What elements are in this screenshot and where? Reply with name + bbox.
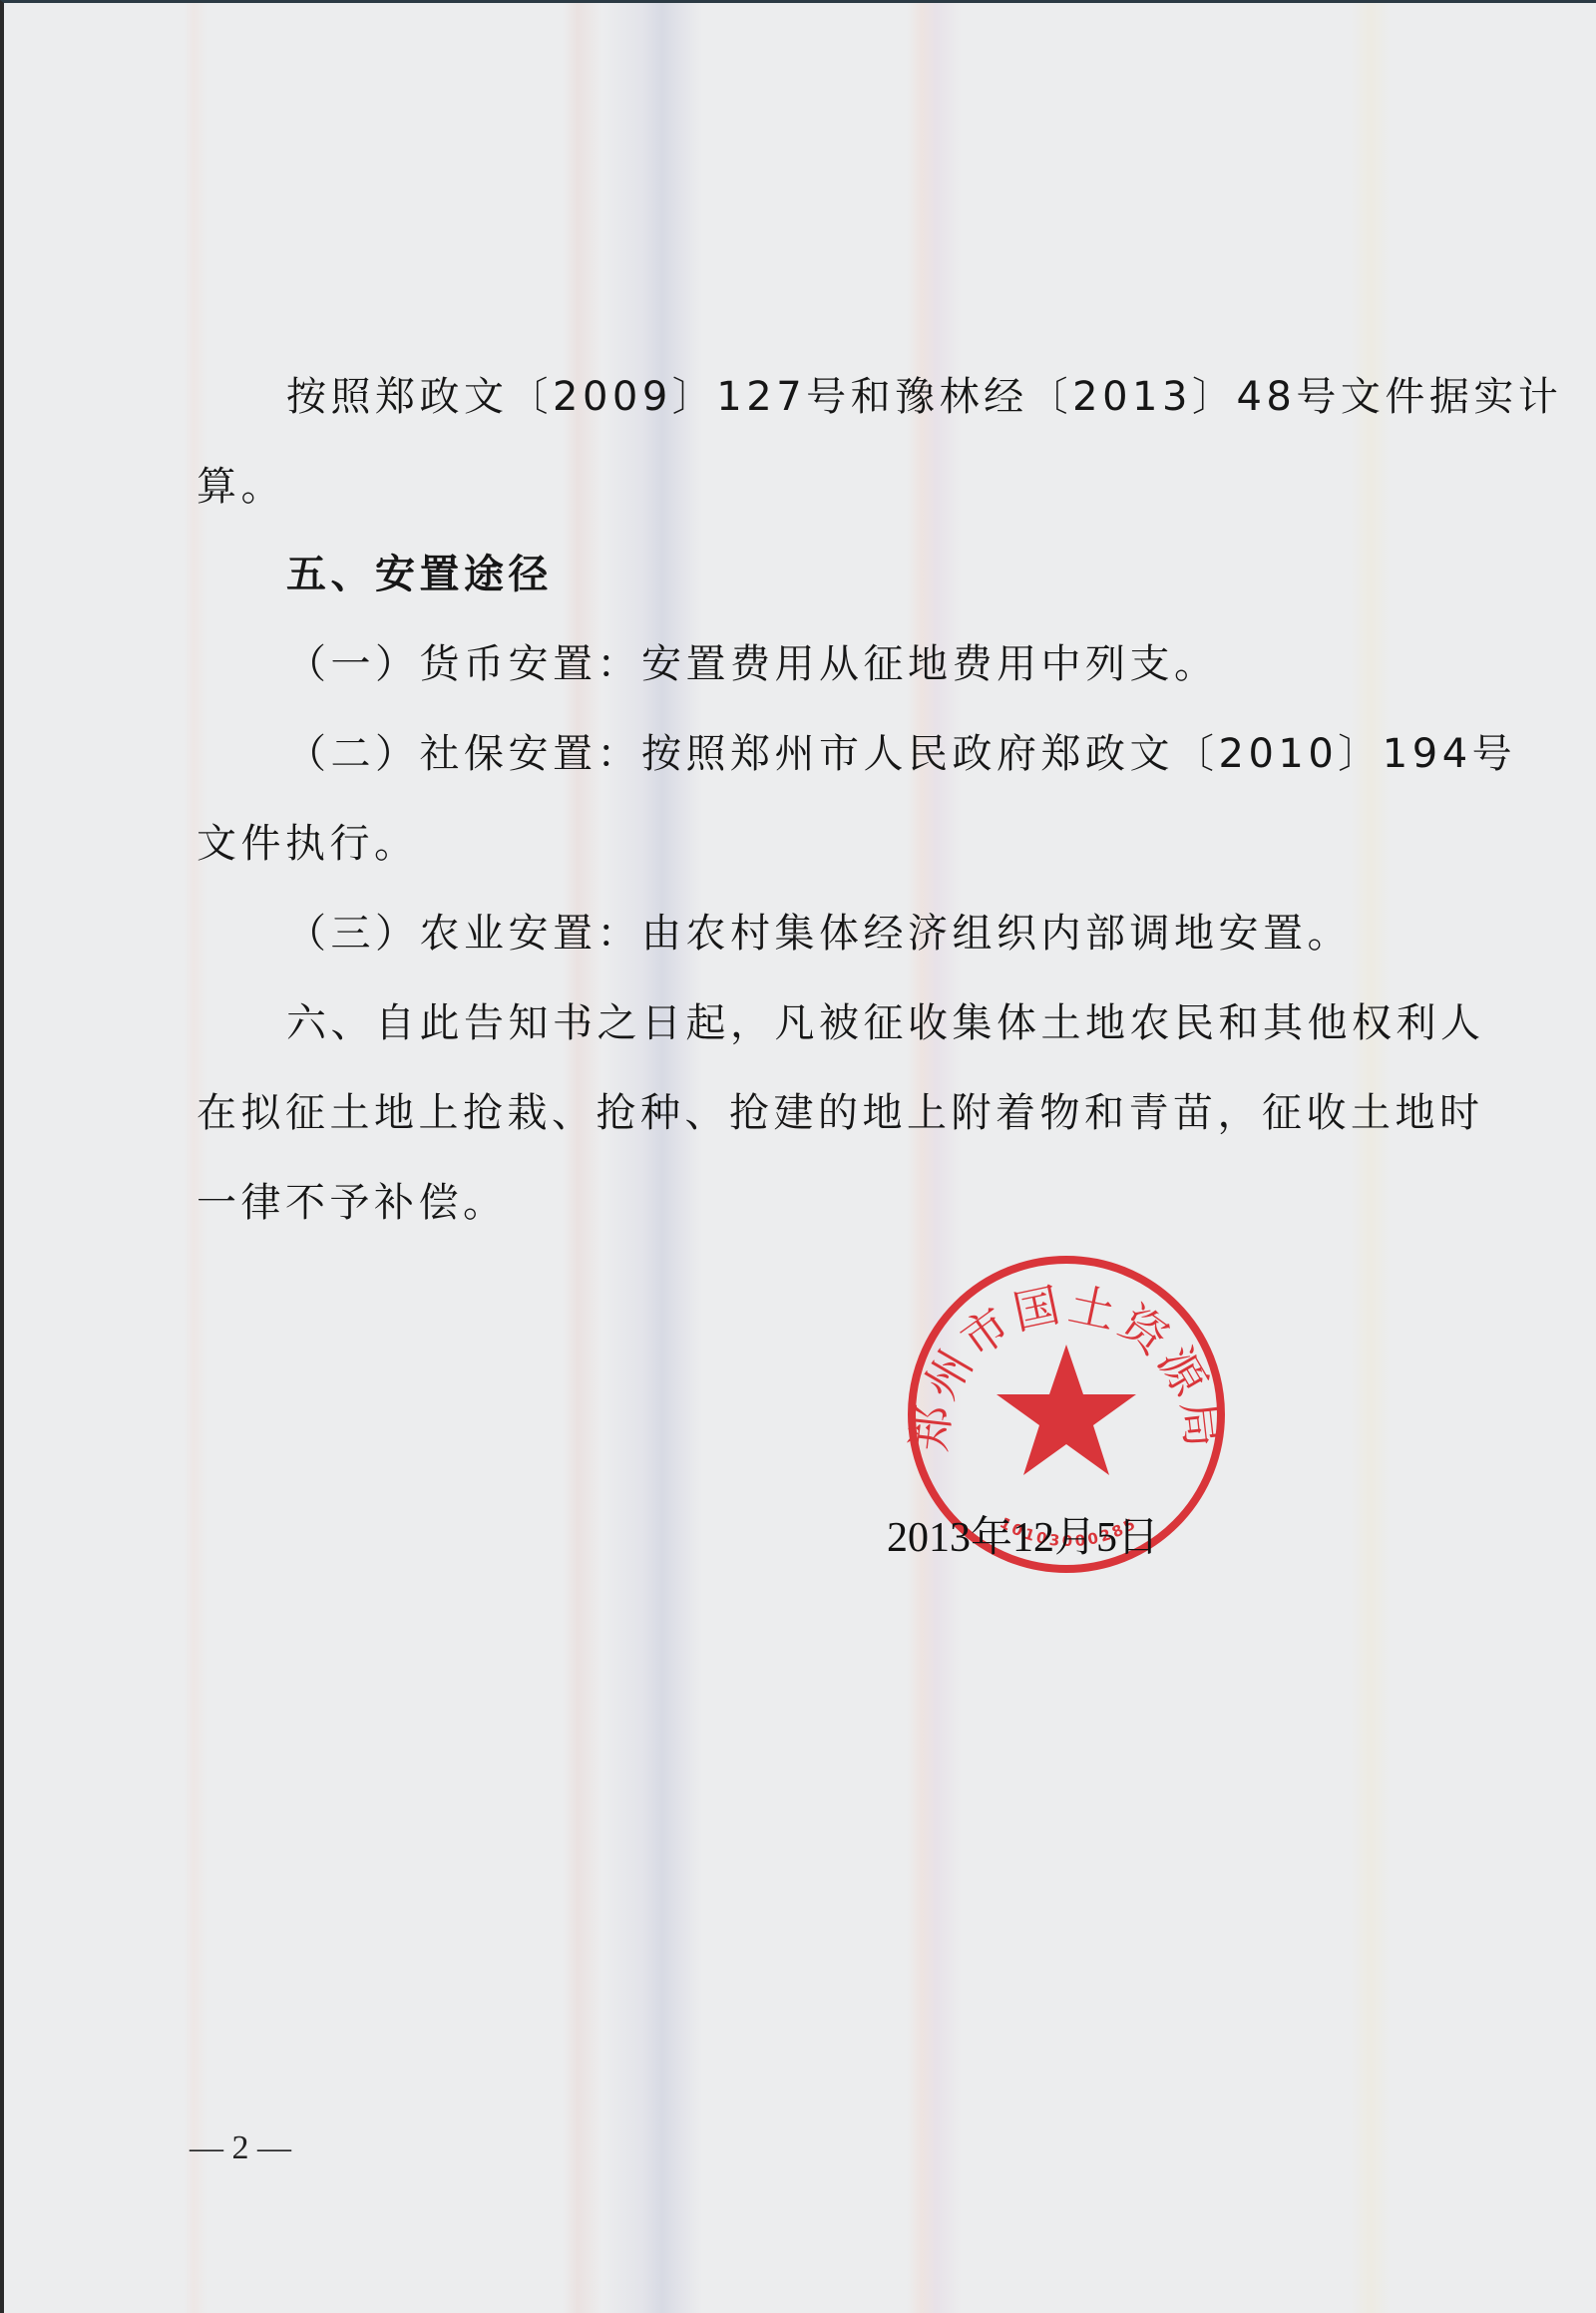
- star-icon: [997, 1345, 1136, 1475]
- show-through-ghost-text: [263, 257, 1361, 317]
- document-date: 2013年12月5日: [887, 1504, 1159, 1564]
- list-item: （一）货币安置：安置费用从征地费用中列支。: [286, 644, 1219, 684]
- document-page: 按照郑政文〔2009〕127号和豫林经〔2013〕48号文件据实计 算。 五、安…: [0, 0, 1596, 2313]
- section-heading: 五、安置途径: [286, 555, 553, 594]
- show-through-ghost-text: [443, 1928, 1341, 1968]
- paragraph-line: 六、自此告知书之日起，凡被征收集体土地农民和其他权利人: [286, 1003, 1485, 1043]
- list-item-continuation: 文件执行。: [197, 824, 419, 864]
- list-item: （三）农业安置：由农村集体经济组织内部调地安置。: [286, 914, 1352, 954]
- paragraph-line: 在拟征土地上抢栽、抢种、抢建的地上附着物和青苗，征收土地时: [197, 1093, 1484, 1133]
- paragraph-line: 按照郑政文〔2009〕127号和豫林经〔2013〕48号文件据实计: [286, 377, 1562, 417]
- page-number: — 2 —: [190, 2129, 291, 2167]
- list-item: （二）社保安置：按照郑州市人民政府郑政文〔2010〕194号: [286, 734, 1516, 774]
- paragraph-line: 一律不予补偿。: [197, 1183, 508, 1223]
- paragraph-line: 算。: [197, 467, 285, 507]
